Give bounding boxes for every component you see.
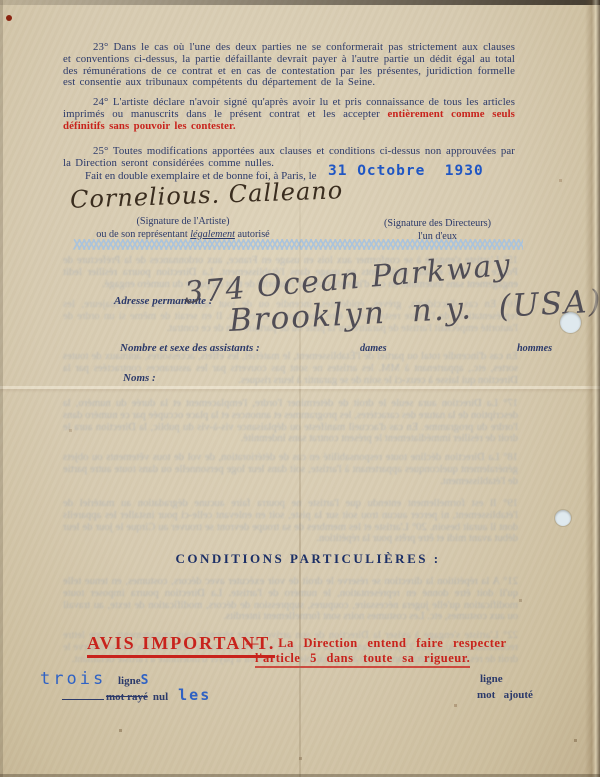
hommes-label: hommes — [517, 343, 552, 354]
bleedthrough-text: 21° A la répétition la direction se rése… — [63, 576, 518, 623]
hole-punch — [560, 312, 581, 333]
conditions-particulieres-title: CONDITIONS PARTICULIÈRES : — [63, 551, 553, 567]
paper-right-edge — [585, 0, 600, 777]
clause-24: 24° L'artiste déclare n'avoir signé qu'a… — [63, 97, 515, 132]
dames-label: dames — [360, 343, 387, 354]
noms-label: Noms : — [123, 372, 156, 384]
assistants-label: Nombre et sexe des assistants : — [120, 342, 260, 354]
mot-ajoute-label: mot ajouté — [477, 689, 533, 701]
mot-raye-nul-row: mot rayénulles — [62, 686, 211, 704]
nul-label: nul — [153, 691, 168, 703]
typed-word-les: les — [178, 686, 211, 704]
mot-raye-label: mot rayé — [106, 691, 148, 703]
directors-signature-caption-line1: (Signature des Directeurs) — [345, 218, 530, 231]
bleedthrough-text: 17° La Direction aura seule le droit de … — [63, 398, 518, 445]
scanned-contract-page: 15° L'artiste s'engage à se conformer au… — [0, 0, 600, 777]
date-stamp: 31 Octobre 1930 — [328, 163, 484, 179]
typed-crossout-row: XXXXXXXXXXXXXXXXXXXXXXXXXXXXXXXXXXXXXXXX… — [73, 238, 523, 252]
ink-spot — [6, 15, 12, 21]
blank-underline — [62, 689, 104, 700]
hole-punch — [555, 510, 571, 526]
paper-top-edge — [0, 0, 600, 5]
ligne-right-label: ligne — [480, 673, 503, 685]
paper-left-edge — [0, 0, 3, 777]
avis-important-line2: l'article 5 dans toute sa rigueur. — [255, 651, 470, 668]
bleedthrough-text: 18° La Direction décline toute responsab… — [63, 452, 518, 487]
bleedthrough-text: 19° Il est formellement entendu que l'ar… — [63, 498, 518, 545]
artist-signature-caption-line1: (Signature de l'Artiste) — [58, 216, 308, 229]
horizontal-fold-crease — [0, 386, 600, 389]
clause-23: 23° Dans le cas où l'une des deux partie… — [63, 42, 515, 89]
avis-important-line1: — La Direction entend faire respecter — [246, 636, 507, 651]
